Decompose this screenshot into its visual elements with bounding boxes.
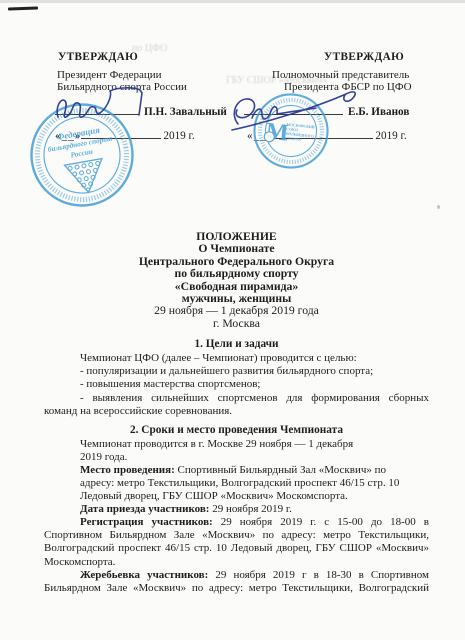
handwritten-signature-right-icon [228, 84, 368, 134]
text-run: 2019 года. [80, 451, 127, 463]
section: 1. Цели и задачиЧемпионат ЦФО (далее – Ч… [44, 338, 429, 417]
text-line: Дата приезда участников: 29 ноября 2019 … [44, 503, 429, 516]
text-line: адресу: метро Текстильщики, Волгоградски… [44, 477, 429, 490]
handwritten-signature-left-icon [48, 85, 178, 131]
section: 2. Сроки и место проведения ЧемпионатаЧе… [44, 424, 429, 595]
section-heading: 2. Сроки и место проведения Чемпионата [44, 424, 429, 437]
text-run: Чемпионат ЦФО (далее – Чемпионат) провод… [80, 352, 357, 364]
title-line: по бильярдному спорту [44, 268, 429, 280]
title-block: ПОЛОЖЕНИЕО ЧемпионатеЦентрального Федера… [44, 231, 429, 330]
document-body: ПОЛОЖЕНИЕО ЧемпионатеЦентрального Федера… [44, 231, 429, 595]
text-run: адресу: метро Текстильщики, Волгоградски… [80, 477, 399, 489]
text-line: Ледовый дворец, ГБУ СШОР «Москвич» Моско… [44, 490, 429, 503]
approver-role-right-line1: Полномочный представитель [272, 69, 409, 81]
text-run: - повышения мастерства спортсменов; [80, 378, 260, 390]
approve-label-right: УТВЕРЖДАЮ [324, 51, 404, 63]
text-run: Волгоградский проспект 46/15 стр. 10 Лед… [44, 542, 429, 554]
text-line: Регистрация участников: 29 ноября 2019 г… [44, 516, 429, 529]
text-line: Спортивном Бильярдном Зале «Москвич» по … [44, 529, 429, 542]
scan-speck [437, 205, 440, 209]
text-line: команд на всероссийские соревнования. [44, 405, 429, 418]
text-line: Москомспорта. [44, 556, 429, 569]
bold-run: Место проведения: [80, 464, 175, 476]
text-run: Чемпионат проводится в г. Москве 29 нояб… [80, 438, 353, 450]
text-line: - выявления сильнейших спортсменов для ф… [44, 392, 429, 405]
text-run: Спортивный Бильярдный Зал «Москвич» по [175, 464, 386, 476]
date-year-right: 2019 г. [375, 130, 406, 142]
billiard-pyramid-icon [65, 159, 108, 196]
text-run: Москомспорта. [44, 556, 115, 568]
document-sections: 1. Цели и задачиЧемпионат ЦФО (далее – Ч… [44, 338, 429, 595]
text-line: - популяризации и дальнейшего развития б… [44, 365, 429, 378]
paragraph: Место проведения: Спортивный Бильярдный … [44, 464, 429, 503]
text-run: Бильярдном Зале «Москвич» по адресу: мет… [44, 582, 429, 594]
text-run: - выявления сильнейших спортсменов для ф… [80, 392, 429, 404]
section-heading: 1. Цели и задачи [44, 338, 429, 351]
paragraph: Чемпионат ЦФО (далее – Чемпионат) провод… [44, 352, 429, 365]
text-run: - популяризации и дальнейшего развития б… [80, 365, 373, 377]
bold-run: Жеребьевка участников: [80, 569, 208, 581]
scan-artifact-dash [8, 6, 38, 10]
scanned-document-page: по ЦФО ГБУ СШОР «Москвич» УТВЕРЖДАЮ През… [0, 0, 465, 640]
text-line: Чемпионат проводится в г. Москве 29 нояб… [44, 438, 429, 451]
text-line: Жеребьевка участников: 29 ноября 2019 г … [44, 569, 429, 582]
paragraph: Дата приезда участников: 29 ноября 2019 … [44, 503, 429, 516]
text-line: Чемпионат ЦФО (далее – Чемпионат) провод… [44, 352, 429, 365]
paragraph: Регистрация участников: 29 ноября 2019 г… [44, 516, 429, 568]
paragraph: Жеребьевка участников: 29 ноября 2019 г … [44, 569, 429, 595]
text-line: Волгоградский проспект 46/15 стр. 10 Лед… [44, 542, 429, 555]
text-run: 29 ноября 2019 г. [209, 503, 291, 515]
text-run: Спортивном Бильярдном Зале «Москвич» по … [44, 529, 429, 541]
title-line: г. Москва [44, 318, 429, 330]
approver-role-left-line1: Президент Федерации [57, 69, 162, 81]
text-line: - повышения мастерства спортсменов; [44, 378, 429, 391]
title-line: 29 ноября — 1 декабря 2019 года [44, 305, 429, 317]
text-run: 29 ноября 2019 г. с 15-00 до 18-00 в [213, 516, 429, 528]
paragraph: Чемпионат проводится в г. Москве 29 нояб… [44, 438, 429, 464]
bold-run: Регистрация участников: [80, 516, 213, 528]
text-run: Ледовый дворец, ГБУ СШОР «Москвич» Моско… [80, 490, 348, 502]
text-line: Место проведения: Спортивный Бильярдный … [44, 464, 429, 477]
approve-label-left: УТВЕРЖДАЮ [58, 51, 138, 63]
paragraph: - популяризации и дальнейшего развития б… [44, 365, 429, 417]
scan-edge [0, 0, 465, 3]
text-line: 2019 года. [44, 451, 429, 464]
bold-run: Дата приезда участников: [80, 503, 209, 515]
text-run: команд на всероссийские соревнования. [44, 405, 232, 417]
text-run: 29 ноября 2019 г в 18-30 в Спортивном [208, 569, 429, 581]
title-line: О Чемпионате [44, 243, 429, 255]
date-year-left: 2019 г. [163, 130, 194, 142]
text-line: Бильярдном Зале «Москвич» по адресу: мет… [44, 582, 429, 595]
